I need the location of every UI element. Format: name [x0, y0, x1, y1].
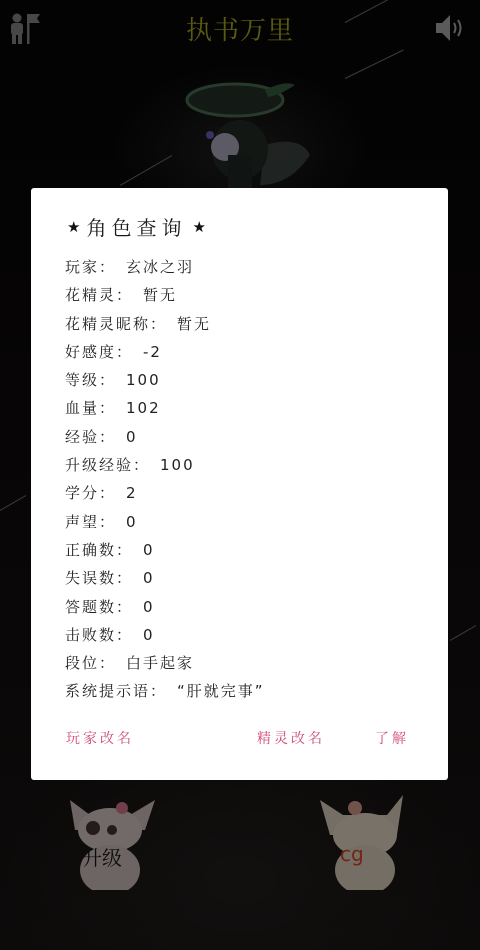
stat-answer-count: 答题数：0: [65, 593, 425, 621]
stat-player: 玩家：玄冰之羽: [65, 253, 425, 281]
stat-value: 白手起家: [126, 654, 194, 672]
stat-value: 100: [160, 456, 195, 474]
dialog-title: ★ 角色查询 ★: [67, 212, 206, 241]
stats-list: 玩家：玄冰之羽 花精灵：暂无 花精灵昵称：暂无 好感度：-2 等级：100 血量…: [65, 253, 425, 706]
stat-label: 等级：: [65, 371, 116, 389]
stat-label: 好感度：: [65, 343, 133, 361]
stat-correct-count: 正确数：0: [65, 536, 425, 564]
stat-value: 0: [143, 598, 155, 616]
stat-label: 花精灵昵称：: [65, 315, 167, 333]
stat-value: 102: [126, 399, 161, 417]
stat-value: 2: [126, 484, 138, 502]
stat-label: 血量：: [65, 399, 116, 417]
dialog-title-text: 角色查询: [86, 212, 186, 241]
stat-rank: 段位：白手起家: [65, 649, 425, 677]
ok-button[interactable]: 了解: [375, 728, 409, 748]
stat-label: 玩家：: [65, 258, 116, 276]
character-info-dialog: ★ 角色查询 ★ 玩家：玄冰之羽 花精灵：暂无 花精灵昵称：暂无 好感度：-2 …: [31, 188, 448, 780]
stat-value: 0: [126, 428, 138, 446]
stat-label: 花精灵：: [65, 286, 133, 304]
stat-value: 100: [126, 371, 161, 389]
stat-value: 玄冰之羽: [126, 258, 194, 276]
stat-mistake-count: 失误数：0: [65, 564, 425, 592]
rename-player-button[interactable]: 玩家改名: [66, 728, 134, 748]
star-icon: ★: [67, 218, 80, 236]
stat-system-tip: 系统提示语：“肝就完事”: [65, 677, 425, 705]
stat-label: 失误数：: [65, 569, 133, 587]
stat-value: 0: [143, 569, 155, 587]
stat-exp: 经验：0: [65, 423, 425, 451]
stat-value: 暂无: [143, 286, 177, 304]
dialog-actions: 玩家改名 精灵改名 了解: [31, 728, 448, 756]
stat-defeat-count: 击败数：0: [65, 621, 425, 649]
stat-label: 升级经验：: [65, 456, 150, 474]
stat-label: 声望：: [65, 513, 116, 531]
stat-exp-to-level: 升级经验：100: [65, 451, 425, 479]
stat-label: 经验：: [65, 428, 116, 446]
star-icon: ★: [192, 218, 205, 236]
stat-value: 暂无: [177, 315, 211, 333]
stat-value: 0: [143, 626, 155, 644]
stat-value: 0: [126, 513, 138, 531]
stat-label: 击败数：: [65, 626, 133, 644]
stat-sprite-nickname: 花精灵昵称：暂无: [65, 310, 425, 338]
stat-label: 段位：: [65, 654, 116, 672]
stat-flower-sprite: 花精灵：暂无: [65, 281, 425, 309]
stat-label: 系统提示语：: [65, 682, 167, 700]
stat-value: “肝就完事”: [177, 682, 265, 700]
stat-hp: 血量：102: [65, 394, 425, 422]
stat-label: 正确数：: [65, 541, 133, 559]
stat-value: 0: [143, 541, 155, 559]
rename-sprite-button[interactable]: 精灵改名: [257, 728, 325, 748]
stat-level: 等级：100: [65, 366, 425, 394]
stat-reputation: 声望：0: [65, 508, 425, 536]
stat-label: 学分：: [65, 484, 116, 502]
stat-label: 答题数：: [65, 598, 133, 616]
stat-value: -2: [143, 343, 162, 361]
stat-credits: 学分：2: [65, 479, 425, 507]
stat-affection: 好感度：-2: [65, 338, 425, 366]
